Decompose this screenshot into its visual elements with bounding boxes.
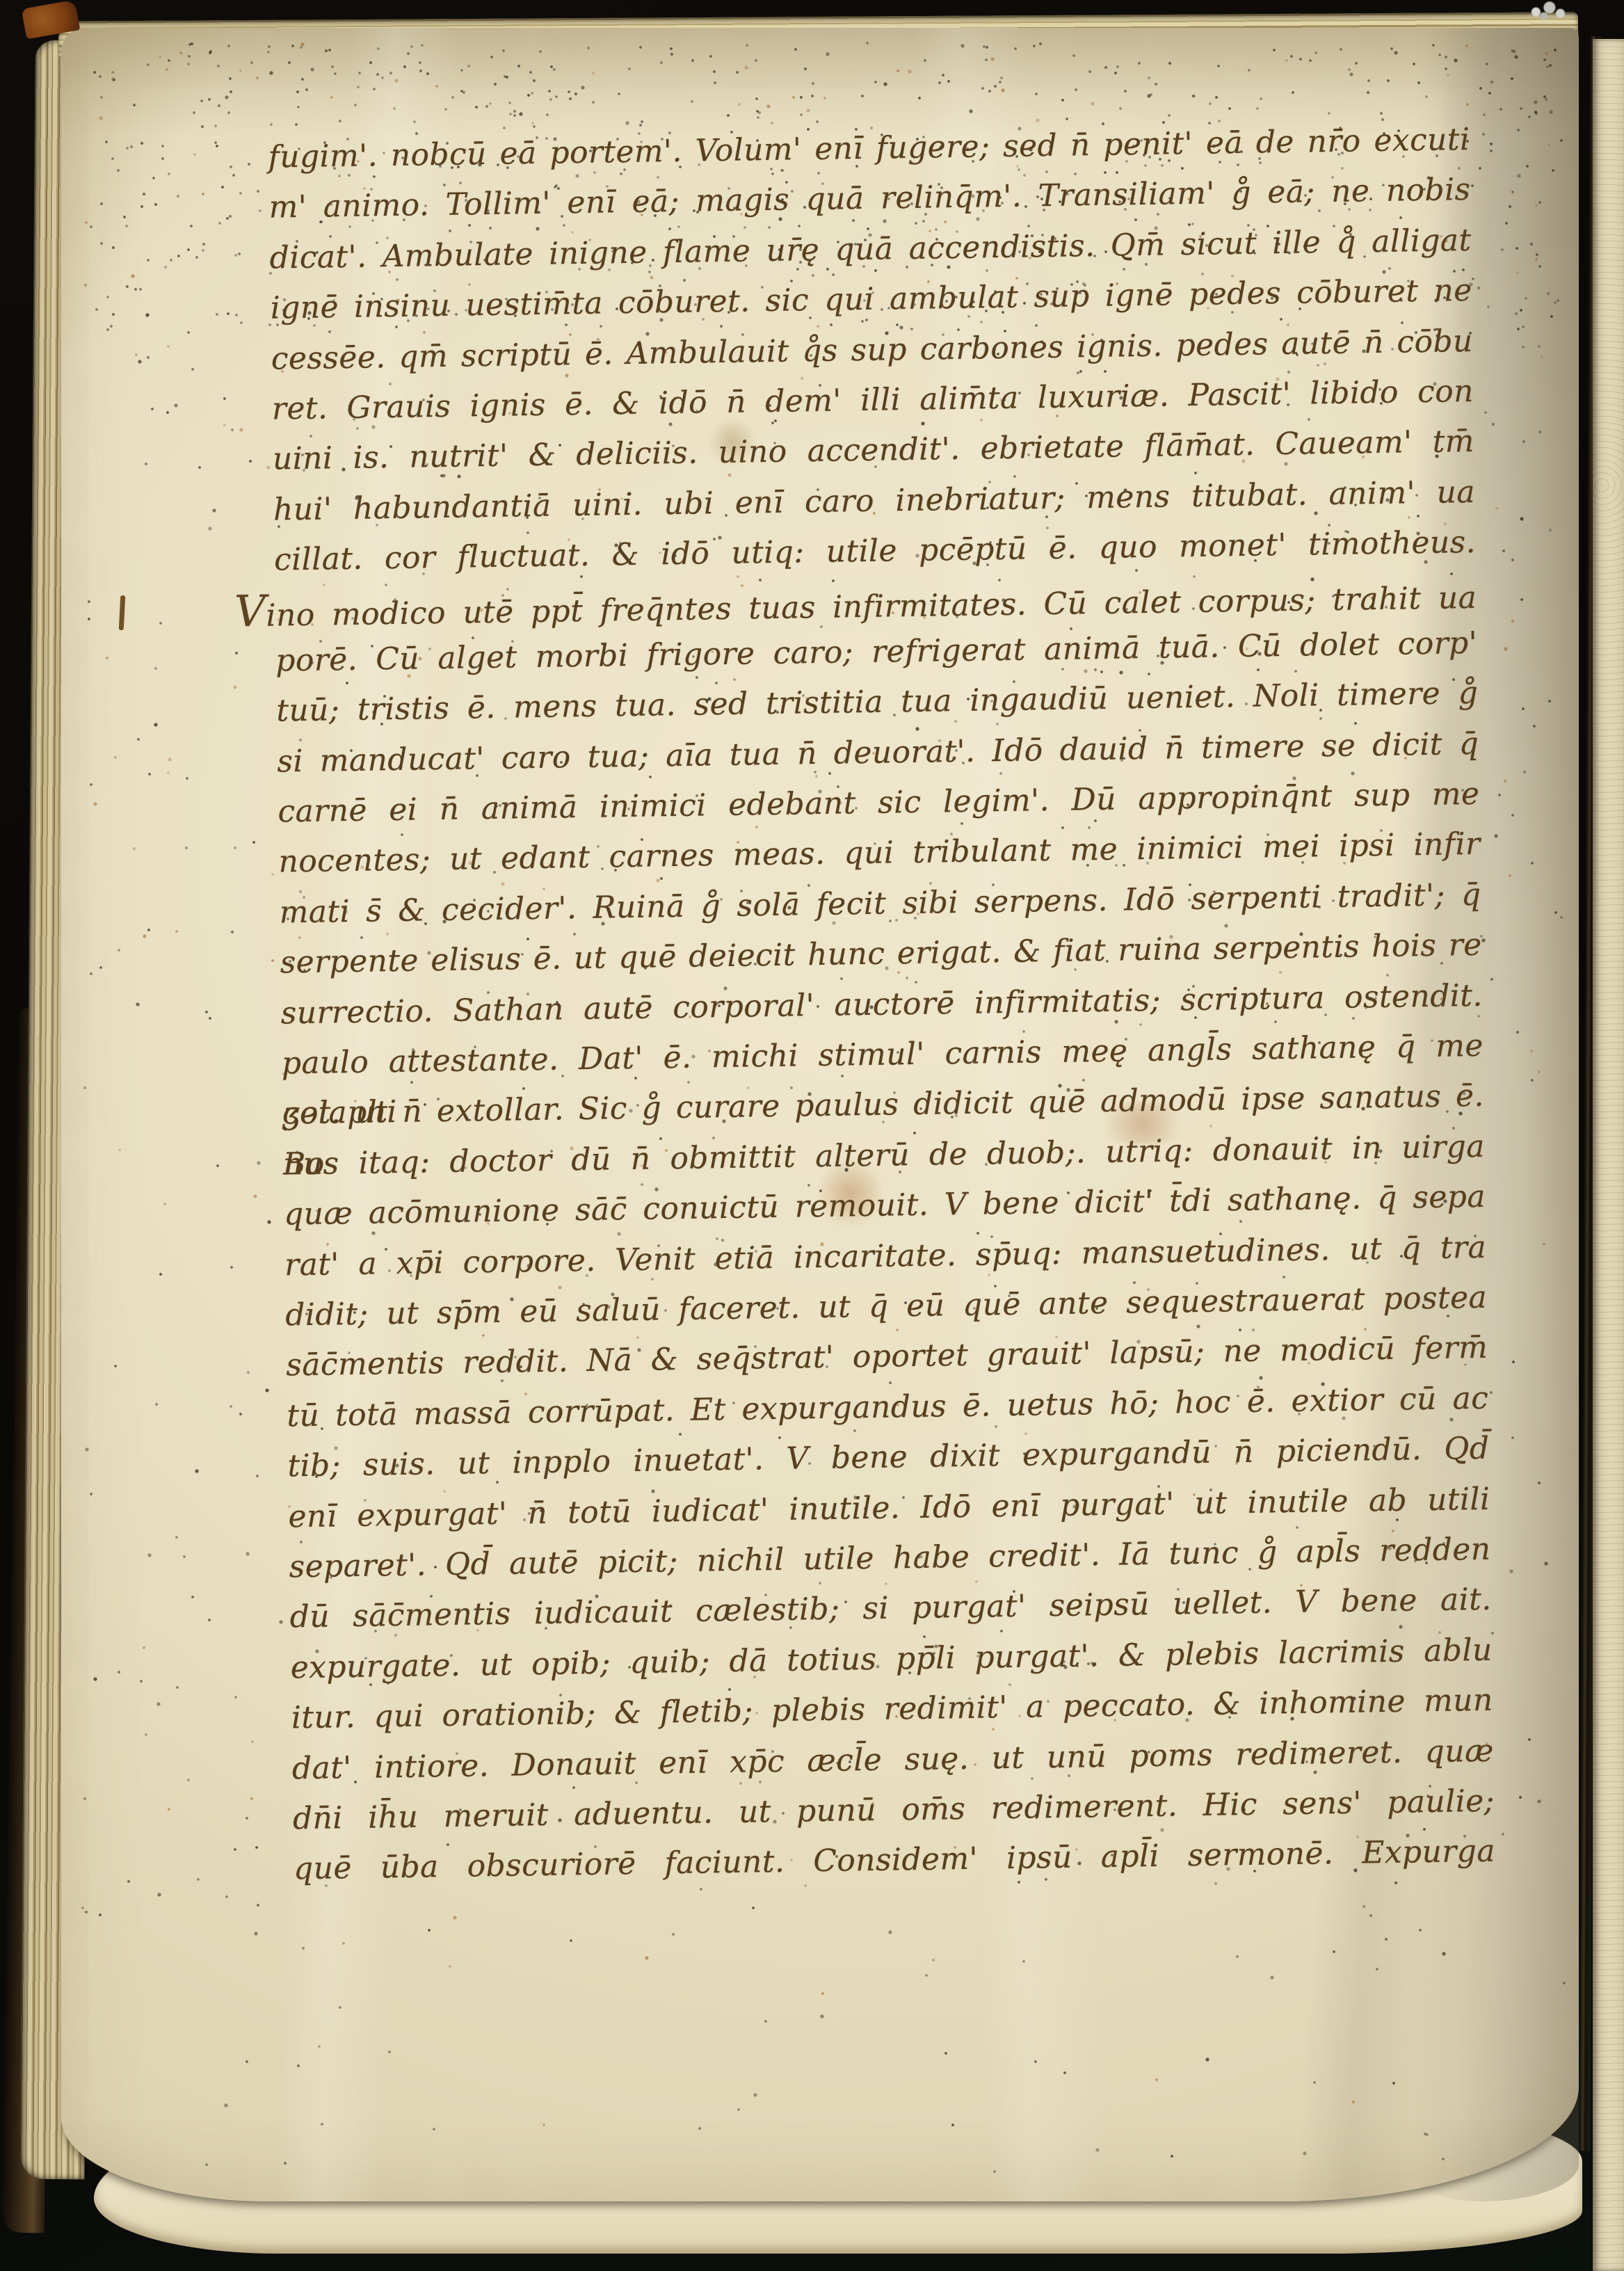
facing-page-sliver <box>1593 39 1624 2271</box>
parchment-speckles <box>0 0 1 1</box>
text-block: fugim'. nobcū eā portem'. Volum' enī fug… <box>268 115 1495 1895</box>
manuscript-photo: fugim'. nobcū eā portem'. Volum' enī fug… <box>0 0 1624 2271</box>
thread-tuft <box>1520 0 1574 25</box>
